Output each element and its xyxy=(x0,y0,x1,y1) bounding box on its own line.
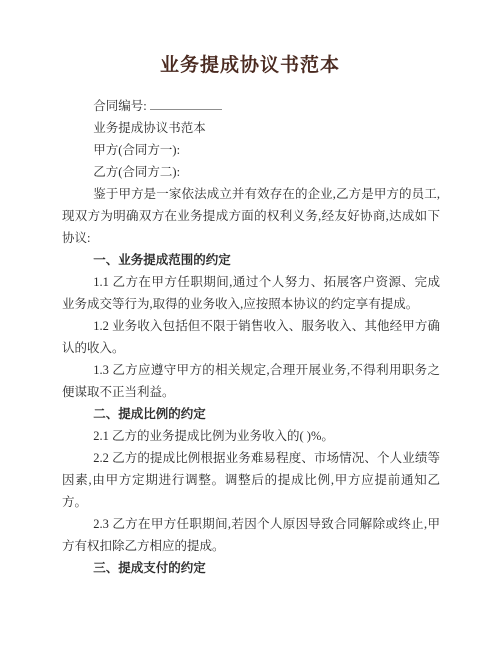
paragraph-text: 2.2 乙方的提成比例根据业务难易程度、市场情况、个人业绩等因素,由甲方定期进行… xyxy=(62,451,440,509)
paragraph: 1.2 业务收入包括但不限于销售收入、服务收入、其他经甲方确认的收入。 xyxy=(62,315,440,359)
paragraph-text: 1.3 乙方应遵守甲方的相关规定,合理开展业务,不得利用职务之便谋取不正当利益。 xyxy=(62,363,440,399)
paragraph-text: 1.2 业务收入包括但不限于销售收入、服务收入、其他经甲方确认的收入。 xyxy=(62,319,440,355)
paragraph-text: 业务提成协议书范本 xyxy=(93,121,206,135)
paragraph-text: 乙方(合同方二): xyxy=(93,165,180,179)
paragraph: 2.2 乙方的提成比例根据业务难易程度、市场情况、个人业绩等因素,由甲方定期进行… xyxy=(62,447,440,513)
paragraph-text: 甲方(合同方一): xyxy=(93,143,180,157)
paragraph-text: 二、提成比例的约定 xyxy=(93,407,206,421)
paragraph-text: 一、业务提成范围的约定 xyxy=(93,253,231,267)
section-heading: 二、提成比例的约定 xyxy=(62,403,440,425)
paragraph: 1.1 乙方在甲方任职期间,通过个人努力、拓展客户资源、完成业务成交等行为,取得… xyxy=(62,271,440,315)
document-title: 业务提成协议书范本 xyxy=(0,0,500,78)
paragraph: 业务提成协议书范本 xyxy=(62,117,440,139)
section-heading: 一、业务提成范围的约定 xyxy=(62,249,440,271)
paragraph: 鉴于甲方是一家依法成立并有效存在的企业,乙方是甲方的员工,现双方为明确双方在业务… xyxy=(62,183,440,249)
paragraph-text: 1.1 乙方在甲方任职期间,通过个人努力、拓展客户资源、完成业务成交等行为,取得… xyxy=(62,275,440,311)
paragraph: 甲方(合同方一): xyxy=(62,139,440,161)
contract-number-line: 合同编号: xyxy=(62,95,440,117)
contract-number-label: 合同编号: xyxy=(93,99,146,113)
section-heading: 三、提成支付的约定 xyxy=(62,557,440,579)
paragraph-text: 2.1 乙方的业务提成比例为业务收入的( )%。 xyxy=(93,429,334,443)
paragraph: 1.3 乙方应遵守甲方的相关规定,合理开展业务,不得利用职务之便谋取不正当利益。 xyxy=(62,359,440,403)
paragraph-text: 三、提成支付的约定 xyxy=(93,561,206,575)
paragraph: 2.1 乙方的业务提成比例为业务收入的( )%。 xyxy=(62,425,440,447)
paragraph: 乙方(合同方二): xyxy=(62,161,440,183)
paragraph-text: 2.3 乙方在甲方任职期间,若因个人原因导致合同解除或终止,甲方有权扣除乙方相应… xyxy=(62,517,440,553)
paragraph: 2.3 乙方在甲方任职期间,若因个人原因导致合同解除或终止,甲方有权扣除乙方相应… xyxy=(62,513,440,557)
document-body: 合同编号:业务提成协议书范本甲方(合同方一):乙方(合同方二):鉴于甲方是一家依… xyxy=(62,95,440,579)
paragraph-text: 鉴于甲方是一家依法成立并有效存在的企业,乙方是甲方的员工,现双方为明确双方在业务… xyxy=(62,187,440,245)
document-page: 业务提成协议书范本 合同编号:业务提成协议书范本甲方(合同方一):乙方(合同方二… xyxy=(0,0,500,647)
contract-number-blank xyxy=(150,98,222,110)
